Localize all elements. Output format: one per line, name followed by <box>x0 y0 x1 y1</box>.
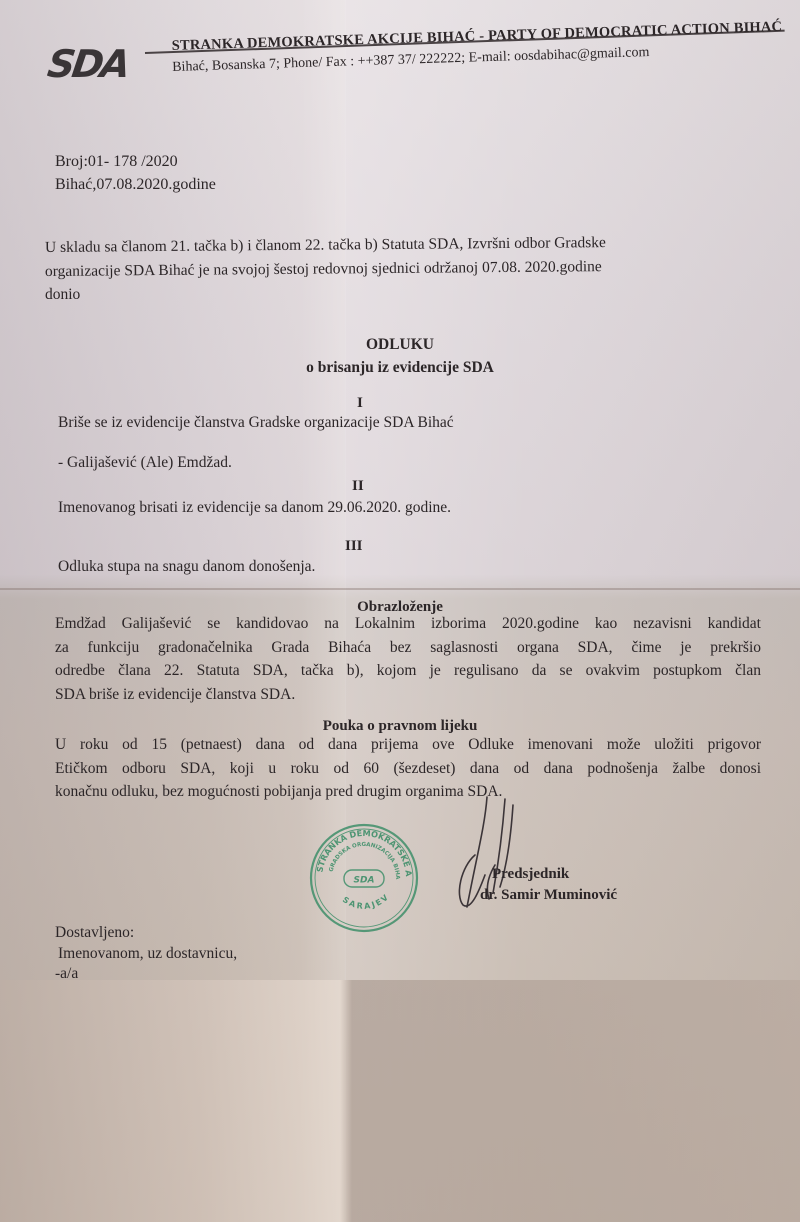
document: SDA STRANKA DEMOKRATSKE AKCIJE BIHAĆ - P… <box>0 0 800 1222</box>
delivery-item: -a/a <box>55 965 78 983</box>
legal-remedy-line: konačnu odluku, bez mogućnosti pobijanja… <box>55 780 761 804</box>
reasoning-text: Emdžad Galijašević se kandidovao na Loka… <box>55 612 761 706</box>
article-numeral: III <box>345 538 363 555</box>
intro-line: donio <box>45 283 80 306</box>
intro-line: U skladu sa članom 21. tačka b) i članom… <box>45 231 606 259</box>
legal-remedy-line: Etičkom odboru SDA, koji u roku od 60 (š… <box>55 757 761 781</box>
legal-remedy-text: U roku od 15 (petnaest) dana od dana pri… <box>55 733 761 804</box>
svg-text:SDA: SDA <box>354 876 375 886</box>
reference-number: Broj:01- 178 /2020 <box>55 153 178 171</box>
reference-place-date: Bihać,07.08.2020.godine <box>55 176 216 194</box>
reasoning-line: za funkciju gradonačelnika Grada Bihaća … <box>55 636 761 660</box>
decision-subtitle: o brisanju iz evidencije SDA <box>0 356 800 379</box>
article-line: Briše se iz evidencije članstva Gradske … <box>58 411 454 434</box>
delivery-heading: Dostavljeno: <box>55 924 134 942</box>
article-numeral: II <box>352 478 364 495</box>
article-line: Odluka stupa na snagu danom donošenja. <box>58 555 315 578</box>
reasoning-line: SDA briše iz evidencije članstva SDA. <box>55 683 761 707</box>
decision-title: ODLUKU <box>0 333 800 356</box>
reasoning-line: odredbe člana 22. Statuta SDA, tačka b),… <box>55 659 761 683</box>
article-line: Imenovanog brisati iz evidencije sa dano… <box>58 496 451 519</box>
delivery-item: Imenovanom, uz dostavnicu, <box>58 945 237 963</box>
signatory-name: dr. Samir Muminović <box>480 887 617 904</box>
reasoning-line: Emdžad Galijašević se kandidovao na Loka… <box>55 612 761 636</box>
article-numeral: I <box>357 395 363 412</box>
sda-logo: SDA <box>45 42 131 86</box>
intro-line: organizacije SDA Bihać je na svojoj šest… <box>45 255 602 283</box>
signatory-title: Predsjednik <box>492 866 569 883</box>
legal-remedy-line: U roku od 15 (petnaest) dana od dana pri… <box>55 733 761 757</box>
article-line: - Galijašević (Ale) Emdžad. <box>58 451 232 474</box>
official-stamp: STRANKA DEMOKRATSKE AKCIJE GRADSKA ORGAN… <box>308 822 420 934</box>
